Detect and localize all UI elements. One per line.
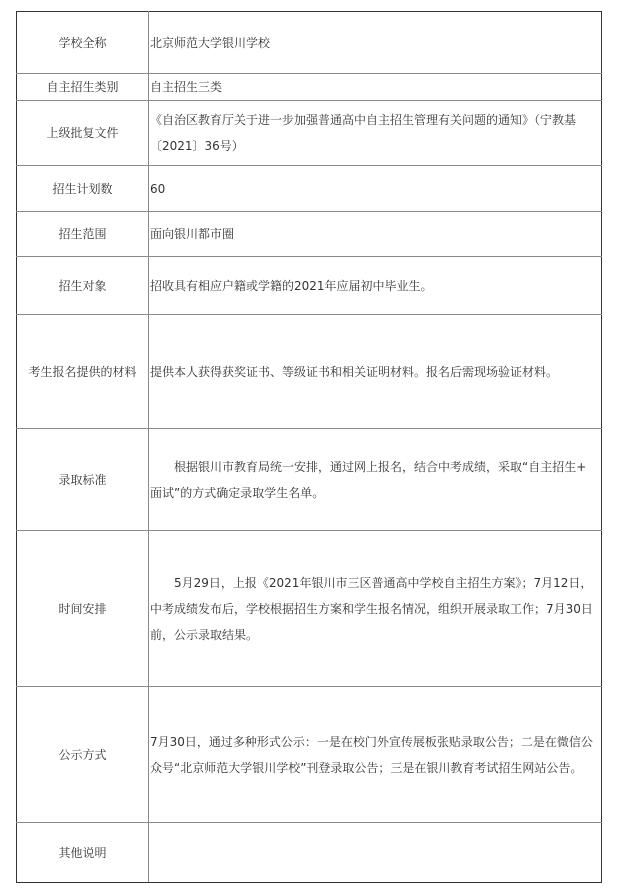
value-target-students: 招收具有相应户籍或学籍的2021年应届初中毕业生。 [149, 257, 602, 315]
value-admission-criteria: 根据银川市教育局统一安排，通过网上报名，结合中考成绩，采取“自主招生+ 面试”的… [149, 429, 602, 531]
label-other-notes: 其他说明 [17, 823, 149, 883]
label-approval-document: 上级批复文件 [17, 101, 149, 166]
value-announcement-method: 7月30日，通过多种形式公示：一是在校门外宣传展板张贴录取公告；二是在微信公 众… [149, 687, 602, 823]
value-approval-document: 《自治区教育厅关于进一步加强普通高中自主招生管理有关问题的通知》（宁教基 〔20… [149, 101, 602, 166]
table-row-enrollment-quota: 招生计划数 60 [17, 166, 602, 212]
table-row-approval-document: 上级批复文件 《自治区教育厅关于进一步加强普通高中自主招生管理有关问题的通知》（… [17, 101, 602, 166]
value-line: 中考成绩发布后，学校根据招生方案和学生报名情况，组织开展录取工作；7月30日 [150, 596, 597, 622]
value-required-materials: 提供本人获得获奖证书、等级证书和相关证明材料。报名后需现场验证材料。 [149, 315, 602, 429]
table-row-enrollment-scope: 招生范围 面向银川都市圈 [17, 212, 602, 257]
value-line: 北京师范大学银川学校 [150, 30, 597, 56]
table-row-admission-criteria: 录取标准 根据银川市教育局统一安排，通过网上报名，结合中考成绩，采取“自主招生+… [17, 429, 602, 531]
value-line: 5月29日，上报《2021年银川市三区普通高中学校自主招生方案》；7月12日， [150, 570, 597, 596]
value-line: 面试”的方式确定录取学生名单。 [150, 480, 597, 506]
table-row-schedule: 时间安排 5月29日，上报《2021年银川市三区普通高中学校自主招生方案》；7月… [17, 531, 602, 687]
table-row-admission-category: 自主招生类别 自主招生三类 [17, 74, 602, 101]
value-line: 7月30日，通过多种形式公示：一是在校门外宣传展板张贴录取公告；二是在微信公 [150, 729, 597, 755]
value-other-notes [149, 823, 602, 883]
table-row-other-notes: 其他说明 [17, 823, 602, 883]
value-schedule: 5月29日，上报《2021年银川市三区普通高中学校自主招生方案》；7月12日， … [149, 531, 602, 687]
value-line: 前，公示录取结果。 [150, 622, 597, 648]
label-announcement-method: 公示方式 [17, 687, 149, 823]
value-line: 〔2021〕36号） [150, 133, 597, 159]
admission-info-table: 学校全称 北京师范大学银川学校 自主招生类别 自主招生三类 上级批复文件 《自治… [16, 11, 602, 883]
table-row-announcement-method: 公示方式 7月30日，通过多种形式公示：一是在校门外宣传展板张贴录取公告；二是在… [17, 687, 602, 823]
label-target-students: 招生对象 [17, 257, 149, 315]
label-enrollment-quota: 招生计划数 [17, 166, 149, 212]
value-admission-category: 自主招生三类 [149, 74, 602, 101]
value-line: 招收具有相应户籍或学籍的2021年应届初中毕业生。 [150, 273, 597, 299]
value-enrollment-quota: 60 [149, 166, 602, 212]
table-row-required-materials: 考生报名提供的材料 提供本人获得获奖证书、等级证书和相关证明材料。报名后需现场验… [17, 315, 602, 429]
value-line: 提供本人获得获奖证书、等级证书和相关证明材料。报名后需现场验证材料。 [150, 359, 597, 385]
label-schedule: 时间安排 [17, 531, 149, 687]
table-row-school-name: 学校全称 北京师范大学银川学校 [17, 12, 602, 74]
value-enrollment-scope: 面向银川都市圈 [149, 212, 602, 257]
value-line: 众号“北京师范大学银川学校”刊登录取公告；三是在银川教育考试招生网站公告。 [150, 755, 597, 781]
label-admission-criteria: 录取标准 [17, 429, 149, 531]
value-line: 根据银川市教育局统一安排，通过网上报名，结合中考成绩，采取“自主招生+ [150, 454, 597, 480]
value-line: 自主招生三类 [150, 74, 597, 100]
value-line: 面向银川都市圈 [150, 221, 597, 247]
label-enrollment-scope: 招生范围 [17, 212, 149, 257]
label-required-materials: 考生报名提供的材料 [17, 315, 149, 429]
label-school-name: 学校全称 [17, 12, 149, 74]
label-admission-category: 自主招生类别 [17, 74, 149, 101]
value-school-name: 北京师范大学银川学校 [149, 12, 602, 74]
value-line: 《自治区教育厅关于进一步加强普通高中自主招生管理有关问题的通知》（宁教基 [150, 107, 597, 133]
table-row-target-students: 招生对象 招收具有相应户籍或学籍的2021年应届初中毕业生。 [17, 257, 602, 315]
value-line: 60 [150, 176, 597, 202]
